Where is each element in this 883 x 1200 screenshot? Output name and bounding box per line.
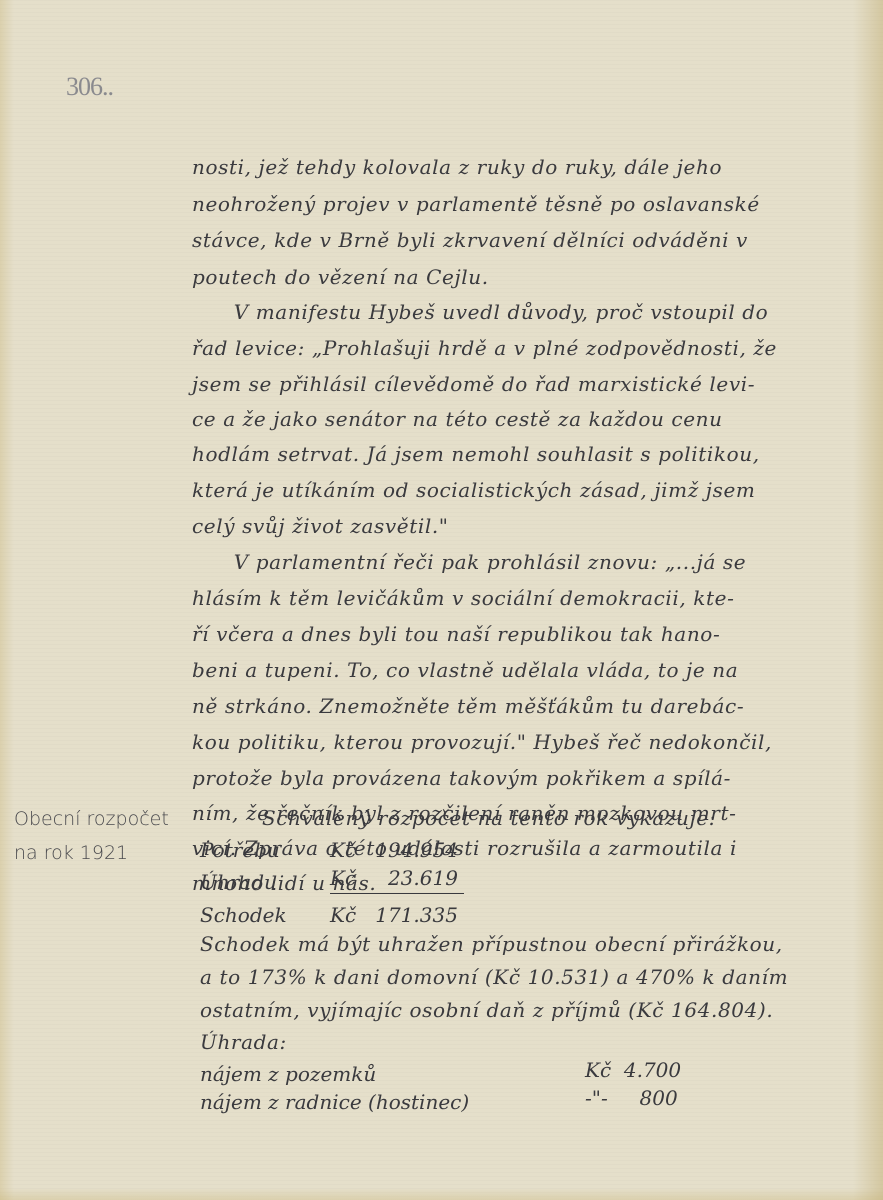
amount: 800: [640, 1086, 678, 1110]
amount: 171.335: [375, 903, 458, 927]
body-line: ce a že jako senátor na této cestě za ka…: [192, 407, 723, 431]
budget-row-label: Potřebu: [200, 838, 280, 862]
body-line: hodlám setrvat. Já jsem nemohl souhlasit…: [192, 442, 760, 466]
margin-note-line1: Obecní rozpočet: [14, 808, 169, 830]
income-item-amount: -"- 800: [585, 1086, 678, 1110]
currency: Kč: [330, 866, 356, 890]
deficit-text-line: Schodek má být uhražen přípustnou obecní…: [200, 932, 783, 956]
body-line: stávce, kde v Brně byli zkrvavení dělníc…: [192, 228, 748, 252]
body-line: beni a tupeni. To, co vlastně udělala vl…: [192, 658, 738, 682]
body-line: ří včera a dnes byli tou naší republikou…: [192, 622, 720, 646]
currency: Kč: [585, 1058, 611, 1082]
budget-row-amount: Kč 23.619: [330, 866, 464, 894]
amount: 194.954: [375, 838, 458, 862]
body-line: poutech do vězení na Cejlu.: [192, 265, 489, 289]
manuscript-page: 306.. nosti, jež tehdy kolovala z ruky d…: [0, 0, 883, 1200]
budget-row-amount: Kč 194.954: [330, 838, 458, 862]
body-line: neohrožený projev v parlamentě těsně po …: [192, 192, 760, 216]
body-line: celý svůj život zasvětil.": [192, 514, 449, 538]
body-line: V parlamentní řeči pak prohlásil znovu: …: [192, 550, 746, 574]
deficit-text-line: ostatním, vyjímajíc osobní daň z příjmů …: [200, 998, 773, 1022]
body-line: řad levice: „Prohlašuji hrdě a v plné zo…: [192, 336, 777, 360]
body-line: protože byla provázena takovým pokřikem …: [192, 766, 731, 790]
body-line: ně strkáno. Znemožněte těm měšťákům tu d…: [192, 694, 744, 718]
income-item-amount: Kč 4.700: [585, 1058, 681, 1082]
margin-note-line2: na rok 1921: [14, 842, 128, 864]
currency: Kč: [330, 903, 356, 927]
body-line: hlásím k těm levičákům v sociální demokr…: [192, 586, 734, 610]
budget-row-label: Schodek: [200, 903, 287, 927]
income-item-label: nájem z pozemků: [200, 1062, 376, 1086]
page-number: 306..: [66, 72, 113, 102]
body-line: V manifestu Hybeš uvedl důvody, proč vst…: [192, 300, 768, 324]
currency: -"-: [585, 1086, 608, 1110]
amount: 23.619: [388, 866, 458, 890]
amount: 4.700: [624, 1058, 681, 1082]
income-item-label: nájem z radnice (hostinec): [200, 1090, 469, 1114]
body-line: která je utíkáním od socialistických zás…: [192, 478, 755, 502]
budget-intro: Schválený rozpočet na tento rok vykazuje…: [262, 806, 716, 830]
currency: Kč: [330, 838, 356, 862]
income-heading: Úhrada:: [200, 1030, 287, 1054]
body-line: kou politiku, kterou provozují." Hybeš ř…: [192, 730, 772, 754]
body-line: jsem se přihlásil cílevědomě do řad marx…: [192, 372, 755, 396]
budget-row-amount: Kč 171.335: [330, 903, 458, 927]
budget-row-label: Úhradu: [200, 870, 277, 894]
deficit-text-line: a to 173% k dani domovní (Kč 10.531) a 4…: [200, 965, 788, 989]
body-line: nosti, jež tehdy kolovala z ruky do ruky…: [192, 155, 722, 179]
